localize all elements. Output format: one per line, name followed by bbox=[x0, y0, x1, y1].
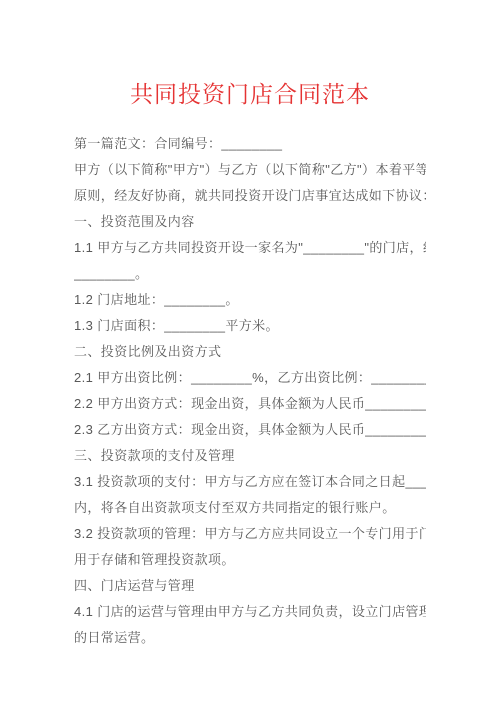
paragraph-line: 2.2 甲方出资方式：现金出资，具体金额为人民币________元。 bbox=[74, 391, 426, 417]
document-body: 第一篇范文：合同编号：________甲方（以下简称"甲方"）与乙方（以下简称"… bbox=[74, 131, 426, 651]
paragraph-line: 的日常运营。 bbox=[74, 625, 426, 651]
section-heading-line: 四、门店运营与管理 bbox=[74, 573, 426, 599]
paragraph-line: 3.2 投资款项的管理：甲方与乙方应共同设立一个专门用于门店投资的账户， bbox=[74, 521, 426, 547]
paragraph-line: ________。 bbox=[74, 261, 426, 287]
section-heading-line: 三、投资款项的支付及管理 bbox=[74, 443, 426, 469]
document-title: 共同投资门店合同范本 bbox=[74, 79, 426, 109]
paragraph-line: 原则，经友好协商，就共同投资开设门店事宜达成如下协议： bbox=[74, 183, 426, 209]
paragraph-line: 1.3 门店面积：________平方米。 bbox=[74, 313, 426, 339]
paragraph-line: 用于存储和管理投资款项。 bbox=[74, 547, 426, 573]
paragraph-line: 1.1 甲方与乙方共同投资开设一家名为"________"的门店，经营范围为 bbox=[74, 235, 426, 261]
paragraph-line: 第一篇范文：合同编号：________ bbox=[74, 131, 426, 157]
document-page: 共同投资门店合同范本 第一篇范文：合同编号：________甲方（以下简称"甲方… bbox=[0, 0, 500, 707]
contract-document: 共同投资门店合同范本 第一篇范文：合同编号：________甲方（以下简称"甲方… bbox=[0, 79, 500, 651]
paragraph-line: 4.1 门店的运营与管理由甲方与乙方共同负责，设立门店管理团队，负责门店 bbox=[74, 599, 426, 625]
section-heading-line: 一、投资范围及内容 bbox=[74, 209, 426, 235]
paragraph-line: 2.3 乙方出资方式：现金出资，具体金额为人民币________元。 bbox=[74, 417, 426, 443]
paragraph-line: 2.1 甲方出资比例：________%，乙方出资比例：________%。 bbox=[74, 365, 426, 391]
paragraph-line: 甲方（以下简称"甲方"）与乙方（以下简称"乙方"）本着平等互利、共同发展的 bbox=[74, 157, 426, 183]
paragraph-line: 3.1 投资款项的支付：甲方与乙方应在签订本合同之日起________个工作日 bbox=[74, 469, 426, 495]
section-heading-line: 二、投资比例及出资方式 bbox=[74, 339, 426, 365]
paragraph-line: 内，将各自出资款项支付至双方共同指定的银行账户。 bbox=[74, 495, 426, 521]
paragraph-line: 1.2 门店地址：________。 bbox=[74, 287, 426, 313]
